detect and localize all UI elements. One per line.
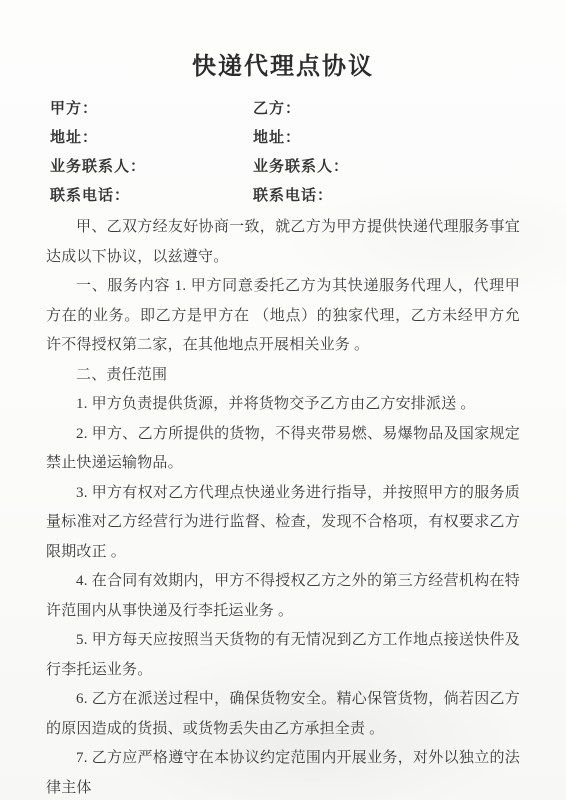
clause-6: 6. 乙方在派送过程中，确保货物安全。精心保管货物，倘若因乙方的原因造成的货损、… (46, 685, 520, 744)
party-row: 业务联系人： 业务联系人： (50, 153, 520, 182)
clause-7: 7. 乙方应严格遵守在本协议约定范围内开展业务，对外以独立的法律主体 (46, 744, 520, 800)
clause-2: 2. 甲方、乙方所提供的货物，不得夹带易燃、易爆物品及国家规定禁止快递运输物品。 (46, 420, 520, 479)
parties-header: 甲方： 乙方： 地址： 地址： 业务联系人： 业务联系人： 联系电话： 联系电话… (50, 95, 520, 211)
party-b-contact-label: 业务联系人： (253, 153, 520, 182)
contract-body: 甲、乙双方经友好协商一致，就乙方为甲方提供快递代理服务事宜达成以下协议，以兹遵守… (46, 213, 520, 800)
section-1-service-content: 一、服务内容 1. 甲方同意委托乙方为其快递服务代理人，代理甲方在的业务。即乙方… (46, 272, 520, 361)
party-a-label: 甲方： (50, 95, 253, 124)
party-a-address-label: 地址： (50, 124, 253, 153)
party-a-phone-label: 联系电话： (50, 182, 253, 211)
document-page: 快递代理点协议 甲方： 乙方： 地址： 地址： 业务联系人： 业务联系人： 联系… (0, 0, 566, 800)
section-2-heading: 二、责任范围 (46, 361, 520, 391)
clause-1: 1. 甲方负责提供货源，并将货物交予乙方由乙方安排派送 。 (46, 390, 520, 420)
party-row: 联系电话： 联系电话： (50, 182, 520, 211)
party-b-phone-label: 联系电话： (253, 182, 520, 211)
document-title: 快递代理点协议 (46, 53, 520, 81)
party-a-contact-label: 业务联系人： (50, 153, 253, 182)
party-b-address-label: 地址： (253, 124, 520, 153)
clause-4: 4. 在合同有效期内，甲方不得授权乙方之外的第三方经营机构在特许范围内从事快递及… (46, 567, 520, 626)
intro-paragraph: 甲、乙双方经友好协商一致，就乙方为甲方提供快递代理服务事宜达成以下协议，以兹遵守… (46, 213, 520, 272)
clause-5: 5. 甲方每天应按照当天货物的有无情况到乙方工作地点接送快件及行李托运业务。 (46, 626, 520, 685)
party-row: 地址： 地址： (50, 124, 520, 153)
clause-3: 3. 甲方有权对乙方代理点快递业务进行指导，并按照甲方的服务质量标准对乙方经营行… (46, 479, 520, 568)
party-row: 甲方： 乙方： (50, 95, 520, 124)
party-b-label: 乙方： (253, 95, 520, 124)
